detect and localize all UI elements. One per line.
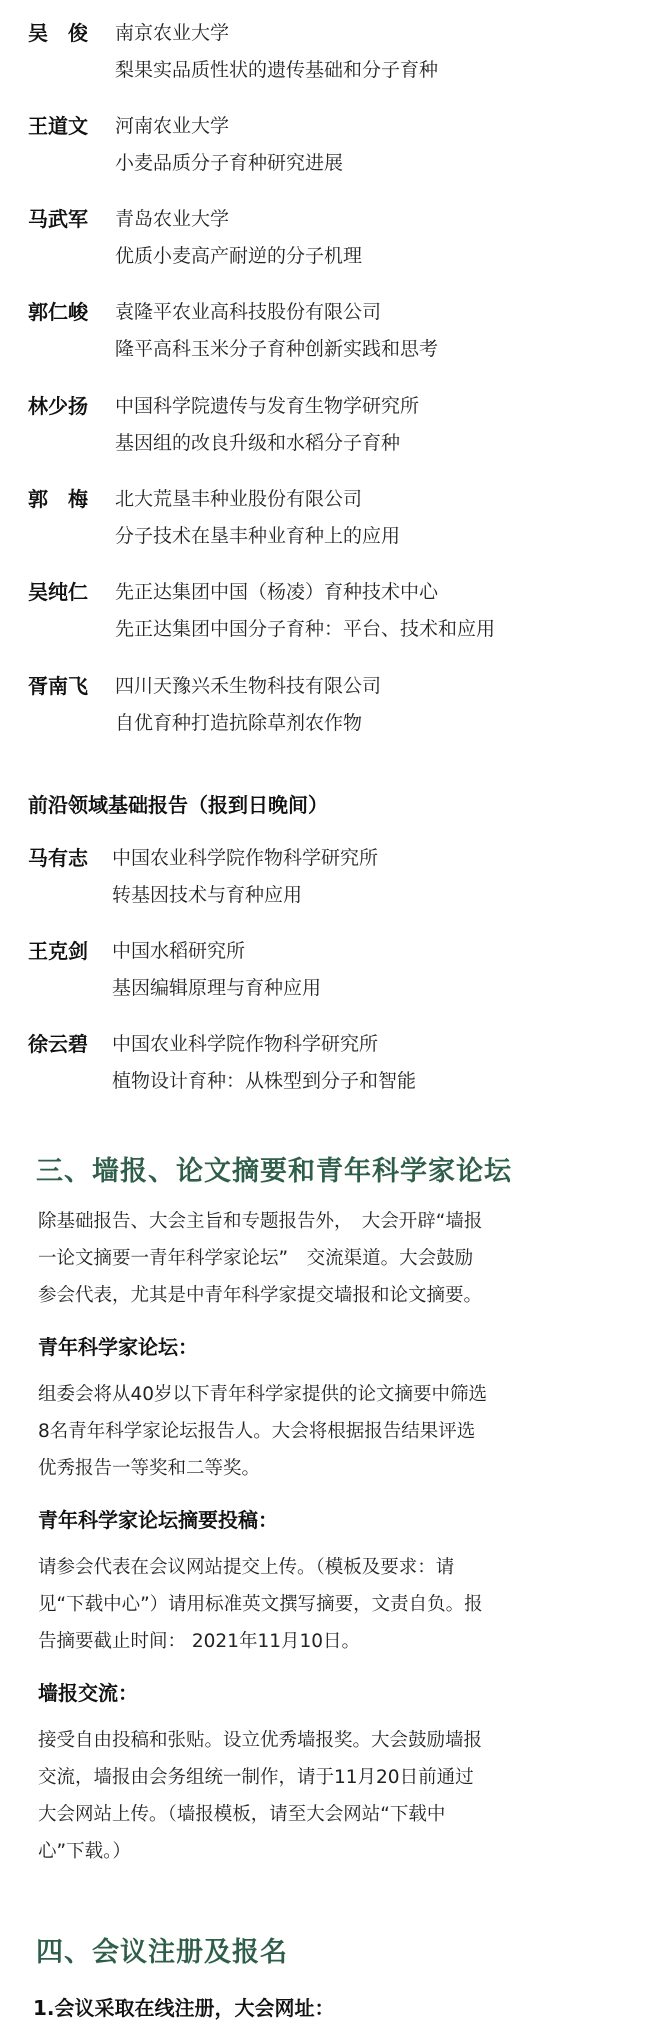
speaker-talk-title: 分子技术在垦丰种业育种上的应用 (115, 522, 400, 550)
speaker-name: 马武军 (28, 205, 88, 233)
speaker-talk-title: 转基因技术与育种应用 (112, 881, 302, 909)
poster-heading: 墙报交流： (38, 1679, 138, 1707)
frontier-heading-text: 前沿领域基础报告 (28, 793, 188, 817)
speaker-name: 徐云碧 (28, 1030, 88, 1058)
speaker-name: 胥南飞 (28, 672, 88, 700)
speaker-name: 吴 俊 (28, 19, 88, 47)
speaker-name: 郭仁峻 (28, 298, 88, 326)
section-4-heading: 四、会议注册及报名 (36, 1935, 288, 1971)
speaker-talk-title: 优质小麦高产耐逆的分子机理 (115, 242, 362, 270)
speaker-org: 中国水稻研究所 (112, 937, 245, 965)
speaker-org: 河南农业大学 (115, 112, 229, 140)
speaker-name: 吴纯仁 (28, 578, 88, 606)
speaker-org: 袁隆平农业高科技股份有限公司 (115, 298, 381, 326)
speaker-talk-title: 先正达集团中国分子育种：平台、技术和应用 (115, 615, 495, 643)
speaker-talk-title: 自优育种打造抗除草剂农作物 (115, 709, 362, 737)
speaker-talk-title: 基因编辑原理与育种应用 (112, 974, 321, 1002)
speaker-org: 中国农业科学院作物科学研究所 (112, 844, 378, 872)
speaker-talk-title: 植物设计育种：从株型到分子和智能 (112, 1067, 416, 1095)
speaker-talk-title: 隆平高科玉米分子育种创新实践和思考 (115, 335, 438, 363)
registration-item-1: 1.会议采取在线注册，大会网址： (33, 1994, 335, 2022)
speaker-org: 中国科学院遗传与发育生物学研究所 (115, 392, 419, 420)
abstract-heading: 青年科学家论坛摘要投稿： (38, 1506, 278, 1534)
section-3-intro: 除基础报告、大会主旨和专题报告外， 大会开辟“墙报一论文摘要一青年科学家论坛” … (38, 1203, 488, 1314)
speaker-name: 王道文 (28, 112, 88, 140)
speaker-org: 四川天豫兴禾生物科技有限公司 (115, 672, 381, 700)
speaker-name: 马有志 (28, 844, 88, 872)
speaker-org: 先正达集团中国（杨凌）育种技术中心 (115, 578, 438, 606)
speaker-org: 南京农业大学 (115, 19, 229, 47)
frontier-heading-note: （报到日晚间） (188, 793, 328, 817)
speaker-name: 郭 梅 (28, 485, 88, 513)
abstract-text: 请参会代表在会议网站提交上传。（模板及要求：请见“下载中心”）请用标准英文撰写摘… (38, 1549, 488, 1660)
speaker-talk-title: 基因组的改良升级和水稻分子育种 (115, 429, 400, 457)
forum-text: 组委会将从40岁以下青年科学家提供的论文摘要中筛选8名青年科学家论坛报告人。大会… (38, 1376, 488, 1487)
speaker-org: 青岛农业大学 (115, 205, 229, 233)
frontier-heading: 前沿领域基础报告（报到日晚间） (28, 791, 328, 819)
forum-heading: 青年科学家论坛： (38, 1333, 198, 1361)
speaker-name: 林少扬 (28, 392, 88, 420)
section-3-heading: 三、墙报、论文摘要和青年科学家论坛 (36, 1154, 512, 1190)
speaker-org: 中国农业科学院作物科学研究所 (112, 1030, 378, 1058)
speaker-talk-title: 小麦品质分子育种研究进展 (115, 149, 343, 177)
speaker-name: 王克剑 (28, 937, 88, 965)
poster-text: 接受自由投稿和张贴。设立优秀墙报奖。大会鼓励墙报交流，墙报由会务组统一制作，请于… (38, 1722, 488, 1870)
speaker-org: 北大荒垦丰种业股份有限公司 (115, 485, 362, 513)
speaker-talk-title: 梨果实品质性状的遗传基础和分子育种 (115, 56, 438, 84)
